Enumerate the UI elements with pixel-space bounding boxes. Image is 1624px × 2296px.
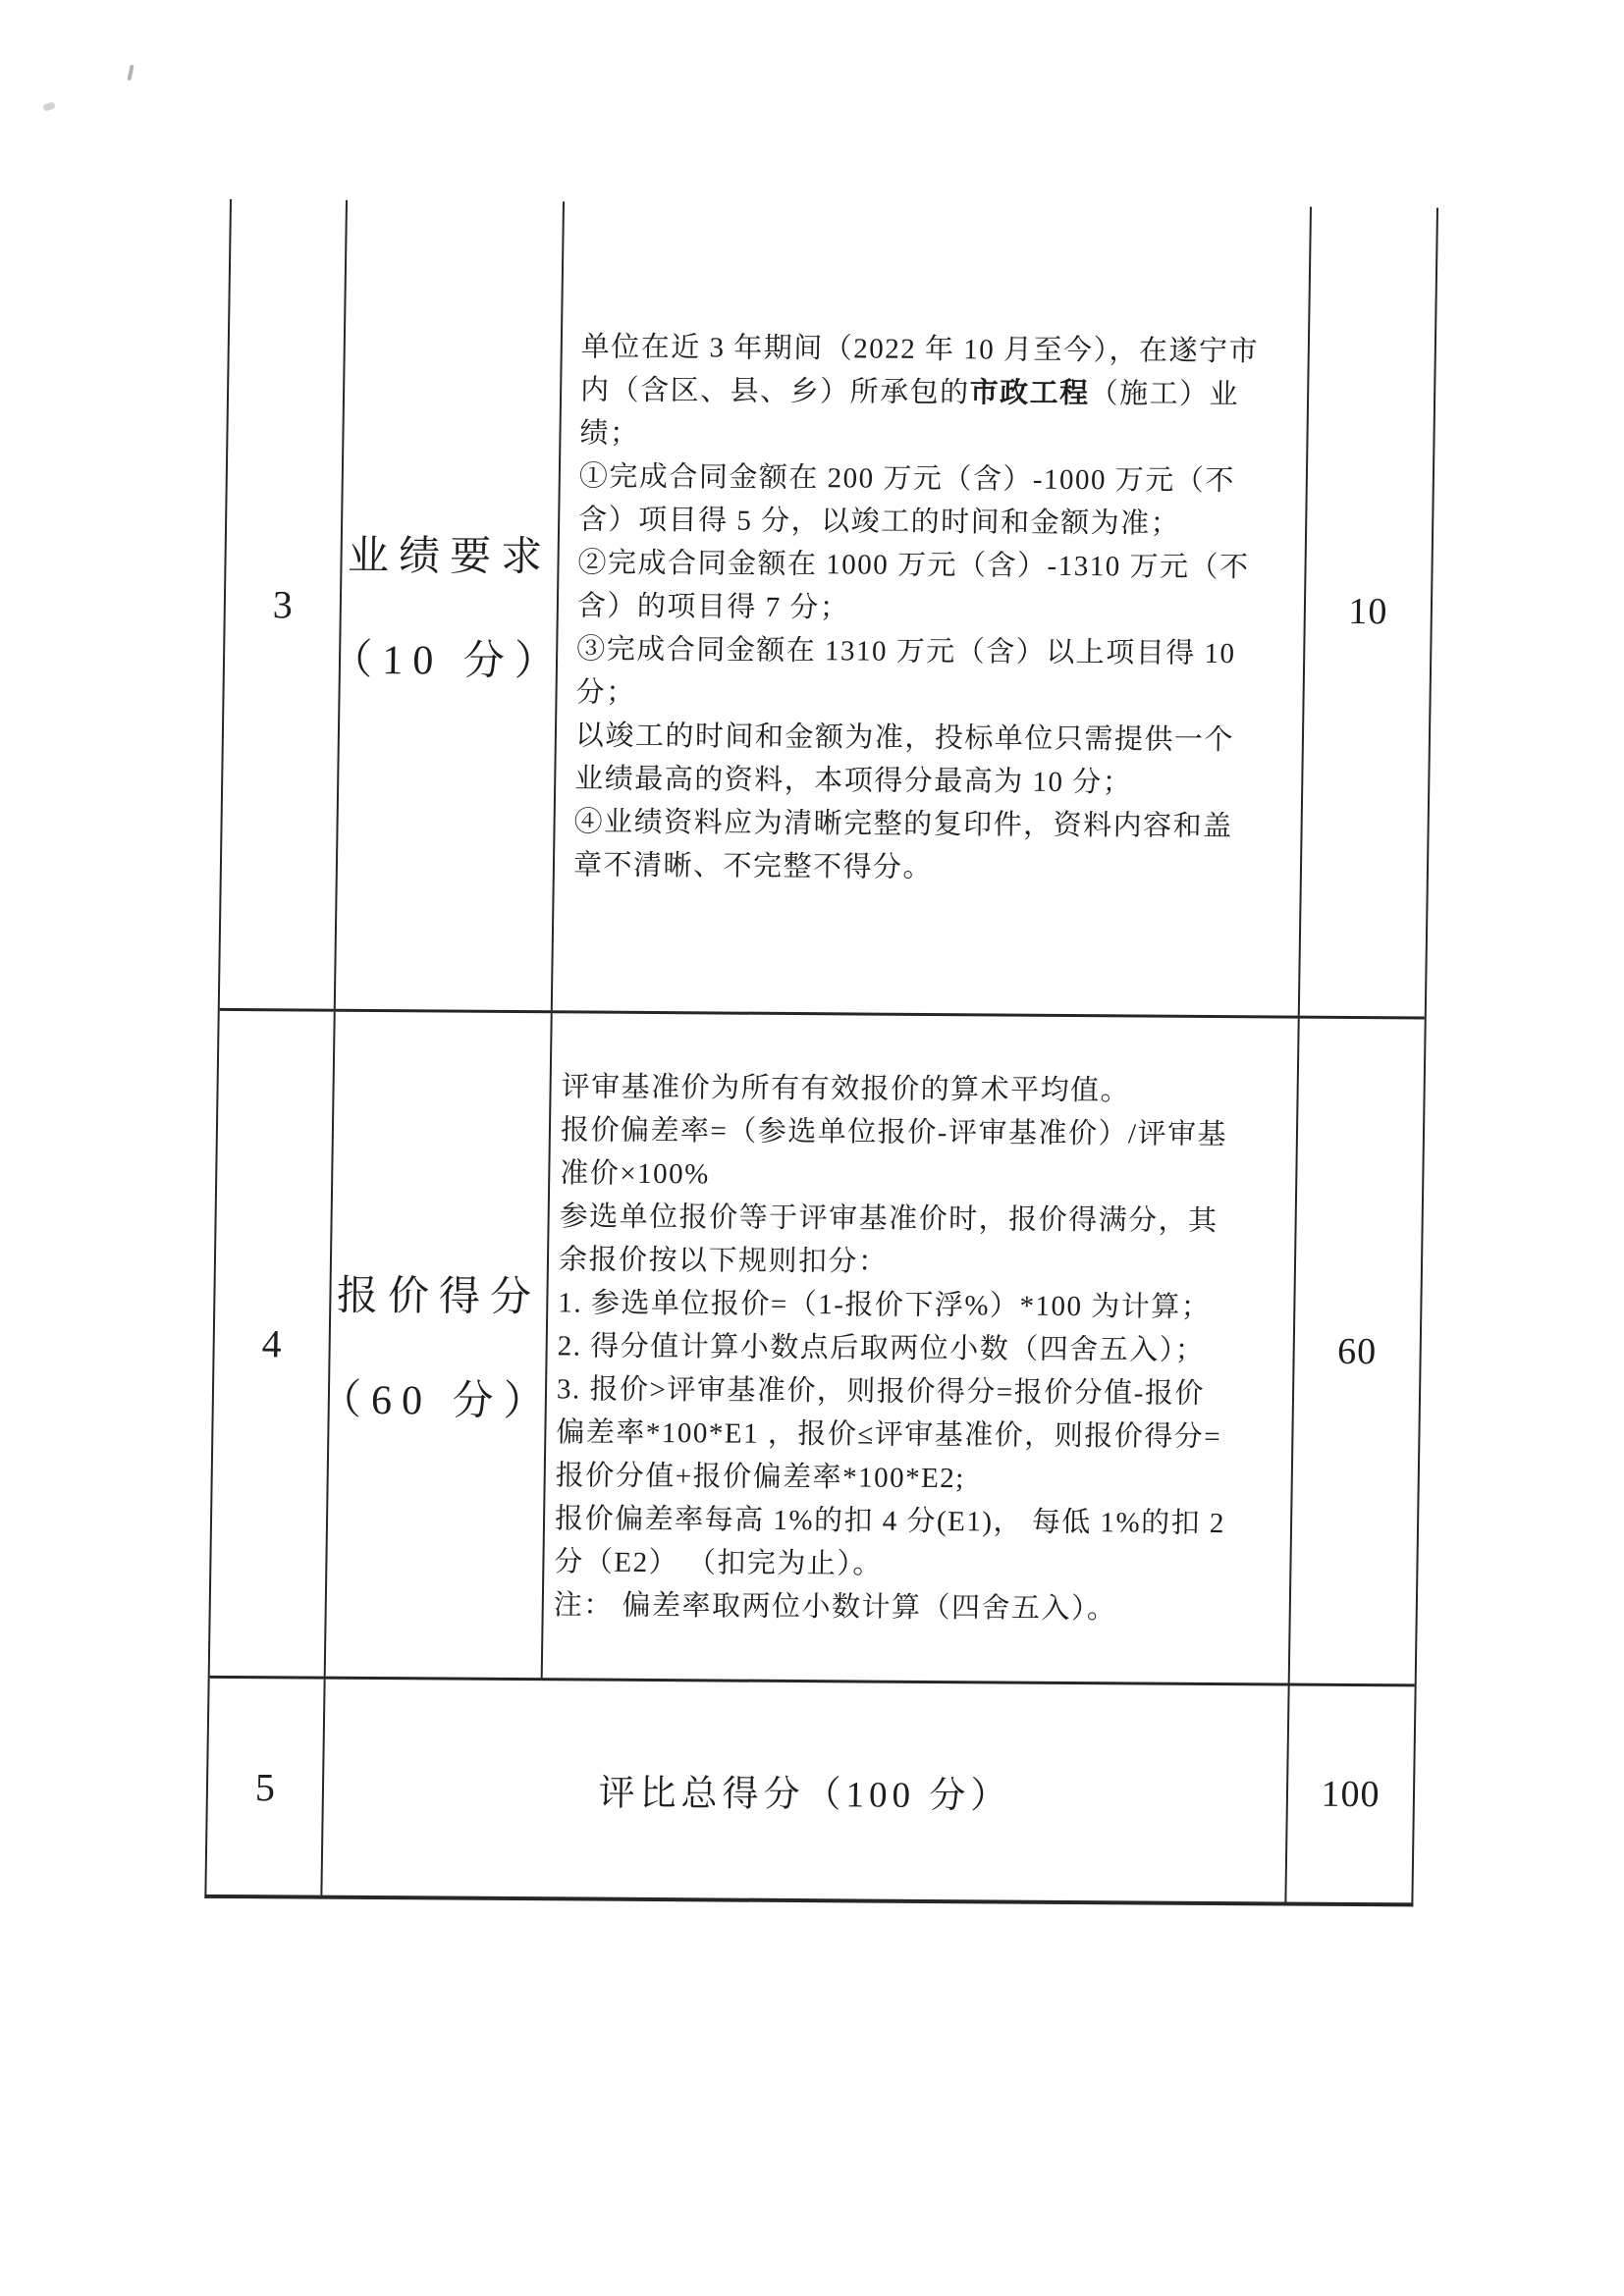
desc-line: 参选单位报价等于评审基准价时，报价得满分，其 bbox=[559, 1195, 1218, 1243]
desc-line: 准价×100% bbox=[560, 1151, 710, 1196]
max-score-cell: 100 bbox=[1284, 1686, 1414, 1903]
desc-line: ③完成合同金额在 1310 万元（含）以上项目得 10 bbox=[576, 627, 1236, 675]
desc-segment-bold: 市政工程 bbox=[969, 377, 1089, 409]
scanned-document-page: 3 业绩要求 （10 分） 单位在近 3 年期间（2022 年 10 月至今），… bbox=[0, 0, 1624, 2296]
criterion-points: （10 分） bbox=[334, 627, 563, 688]
desc-line: 绩； bbox=[579, 411, 640, 454]
table-row-price-score: 4 报价得分 （60 分） 评审基准价为所有有效报价的算术平均值。 报价偏差率=… bbox=[210, 1011, 1425, 1686]
criterion-description-cell: 评审基准价为所有有效报价的算术平均值。 报价偏差率=（参选单位报价-评审基准价）… bbox=[541, 1013, 1298, 1682]
desc-line: 分（E2） （扣完为止）。 bbox=[554, 1540, 883, 1585]
desc-line: 单位在近 3 年期间（2022 年 10 月至今），在遂宁市 bbox=[580, 326, 1259, 374]
desc-line: 含）的项目得 7 分； bbox=[577, 584, 850, 629]
desc-line: ②完成合同金额在 1000 万元（含）-1310 万元（不 bbox=[577, 541, 1250, 589]
scan-speck bbox=[42, 101, 56, 111]
evaluation-criteria-table: 3 业绩要求 （10 分） 单位在近 3 年期间（2022 年 10 月至今），… bbox=[204, 199, 1438, 1906]
desc-line: 报价偏差率每高 1%的扣 4 分(E1)， 每低 1%的扣 2 bbox=[555, 1497, 1226, 1545]
desc-line: 余报价按以下规则扣分： bbox=[559, 1238, 889, 1283]
criterion-name-cell: 业绩要求 （10 分） bbox=[334, 200, 563, 1010]
desc-line: 以竣工的时间和金额为准，投标单位只需提供一个 bbox=[575, 714, 1235, 762]
desc-line: 3. 报价>评审基准价，则报价得分=报价分值-报价 bbox=[557, 1367, 1206, 1415]
total-score-label-cell: 评比总得分（100 分） bbox=[320, 1680, 1287, 1902]
table-row-performance: 3 业绩要求 （10 分） 单位在近 3 年期间（2022 年 10 月至今），… bbox=[220, 199, 1436, 1019]
desc-line: 偏差率*100*E1 ，报价≤评审基准价，则报价得分= bbox=[556, 1411, 1221, 1459]
desc-line: ④业绩资料应为清晰完整的复印件，资料内容和盖 bbox=[573, 800, 1233, 848]
max-score-cell: 10 bbox=[1298, 207, 1436, 1017]
criterion-title: 报价得分 bbox=[337, 1262, 542, 1322]
criterion-description-cell: 单位在近 3 年期间（2022 年 10 月至今），在遂宁市 内（含区、县、乡）… bbox=[551, 201, 1310, 1015]
row-index-cell: 4 bbox=[210, 1011, 334, 1677]
criterion-title: 业绩要求 bbox=[348, 523, 553, 583]
desc-line: 章不清晰、不完整不得分。 bbox=[573, 843, 934, 889]
desc-segment: （施工）业 bbox=[1089, 378, 1239, 410]
desc-line: 1. 参选单位报价=（1-报价下浮%）*100 为计算； bbox=[558, 1281, 1212, 1329]
desc-line: 注： 偏差率取两位小数计算（四舍五入）。 bbox=[553, 1583, 1116, 1630]
row-index-cell: 3 bbox=[220, 199, 346, 1009]
table-row-total-score: 5 评比总得分（100 分） 100 bbox=[206, 1679, 1414, 1903]
scan-speck bbox=[127, 65, 134, 80]
row-index-cell: 5 bbox=[206, 1679, 323, 1896]
desc-line: 分； bbox=[575, 670, 636, 714]
desc-line: 含）项目得 5 分，以竣工的时间和金额为准； bbox=[578, 498, 1181, 545]
criterion-name-cell: 报价得分 （60 分） bbox=[324, 1012, 551, 1678]
desc-line: 报价分值+报价偏差率*100*E2; bbox=[555, 1454, 965, 1500]
desc-line: 2. 得分值计算小数点后取两位小数（四舍五入）； bbox=[557, 1324, 1205, 1372]
desc-line: 报价偏差率=（参选单位报价-评审基准价）/评审基 bbox=[561, 1108, 1228, 1156]
max-score-cell: 60 bbox=[1288, 1019, 1425, 1684]
criterion-points: （60 分） bbox=[324, 1366, 551, 1427]
desc-segment: 内（含区、县、乡）所承包的 bbox=[580, 374, 970, 408]
desc-line: ①完成合同金额在 200 万元（含）-1000 万元（不 bbox=[579, 454, 1236, 503]
desc-line: 业绩最高的资料，本项得分最高为 10 分； bbox=[574, 757, 1133, 804]
desc-line: 内（含区、县、乡）所承包的市政工程（施工）业 bbox=[580, 368, 1240, 416]
desc-line: 评审基准价为所有有效报价的算术平均值。 bbox=[561, 1065, 1130, 1112]
